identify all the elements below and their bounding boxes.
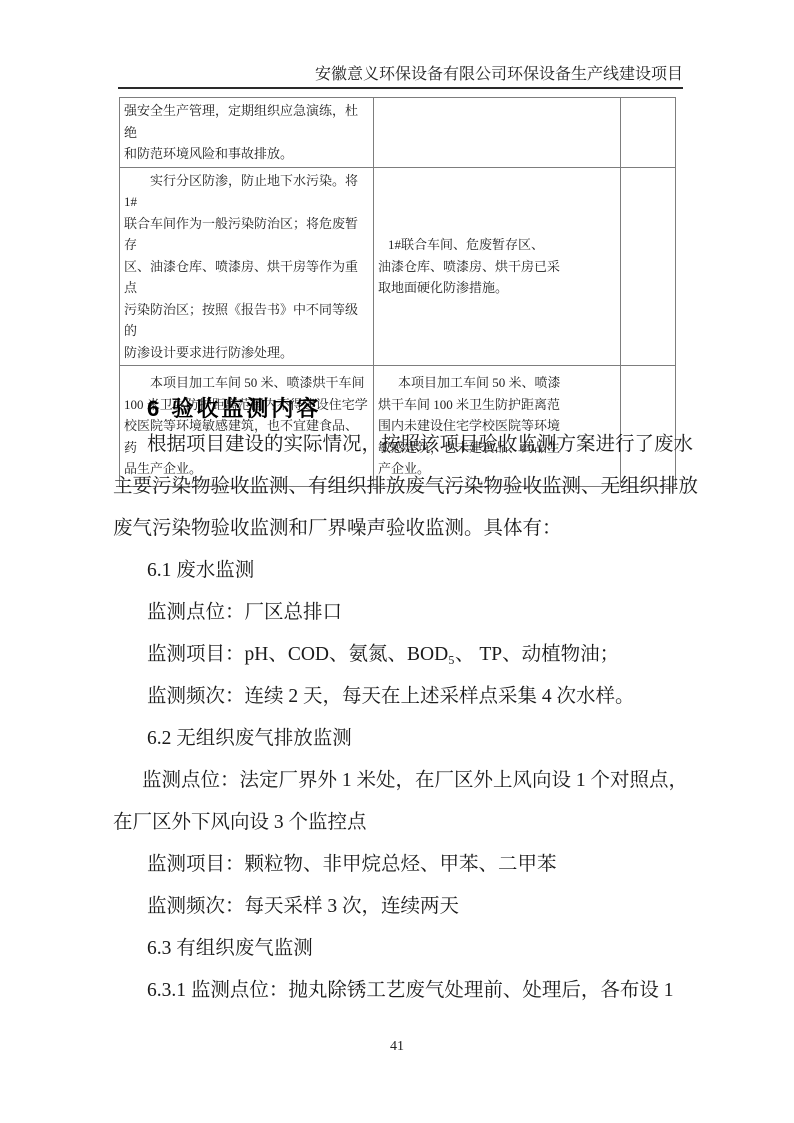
table-cell-status bbox=[374, 98, 621, 168]
header-title: 安徽意义环保设备有限公司环保设备生产线建设项目 bbox=[315, 66, 683, 83]
subsection-heading: 6.2 无组织废气排放监测 bbox=[113, 718, 691, 760]
body-line: 监测频次：每天采样 3 次，连续两天 bbox=[113, 886, 691, 928]
table-cell-requirement: 强安全生产管理，定期组织应急演练，杜绝 和防范环境风险和事故排放。 bbox=[120, 98, 374, 168]
body-line: 在厂区外下风向设 3 个监控点 bbox=[113, 802, 691, 844]
subsection-heading: 6.3 有组织废气监测 bbox=[113, 928, 691, 970]
body-line: 监测点位：法定厂界外 1 米处，在厂区外上风向设 1 个对照点， bbox=[113, 760, 691, 802]
table-cell-requirement: 实行分区防渗，防止地下水污染。将 1# 联合车间作为一般污染防治区；将危废暂存 … bbox=[120, 167, 374, 366]
page-number: 41 bbox=[390, 1039, 404, 1054]
page-header: 安徽意义环保设备有限公司环保设备生产线建设项目 bbox=[118, 64, 683, 89]
section-heading: 6 验收监测内容 bbox=[147, 392, 321, 423]
table-row: 实行分区防渗，防止地下水污染。将 1# 联合车间作为一般污染防治区；将危废暂存 … bbox=[120, 167, 676, 366]
page-footer: 41 bbox=[0, 1039, 794, 1055]
table-cell-extra bbox=[621, 167, 676, 366]
body-line: 监测频次：连续 2 天，每天在上述采样点采集 4 次水样。 bbox=[113, 676, 691, 718]
body-text: 根据项目建设的实际情况，按照该项目验收监测方案进行了废水 主要污染物验收监测、有… bbox=[113, 424, 691, 1012]
body-line: 根据项目建设的实际情况，按照该项目验收监测方案进行了废水 bbox=[113, 424, 691, 466]
table-cell-extra bbox=[621, 98, 676, 168]
body-line: 主要污染物验收监测、有组织排放废气污染物验收监测、无组织排放 bbox=[113, 466, 691, 508]
body-line: 监测项目：pH、COD、氨氮、BOD₅、 TP、动植物油； bbox=[113, 634, 691, 676]
body-line: 监测项目：颗粒物、非甲烷总烃、甲苯、二甲苯 bbox=[113, 844, 691, 886]
body-line: 废气污染物验收监测和厂界噪声验收监测。具体有： bbox=[113, 508, 691, 550]
body-line: 6.3.1 监测点位：抛丸除锈工艺废气处理前、处理后，各布设 1 bbox=[113, 970, 691, 1012]
table-cell-status: 1#联合车间、危废暂存区、 油漆仓库、喷漆房、烘干房已采 取地面硬化防渗措施。 bbox=[374, 167, 621, 366]
document-page: 安徽意义环保设备有限公司环保设备生产线建设项目 强安全生产管理，定期组织应急演练… bbox=[0, 0, 794, 1123]
body-line: 监测点位：厂区总排口 bbox=[113, 592, 691, 634]
table-row: 强安全生产管理，定期组织应急演练，杜绝 和防范环境风险和事故排放。 bbox=[120, 98, 676, 168]
subsection-heading: 6.1 废水监测 bbox=[113, 550, 691, 592]
